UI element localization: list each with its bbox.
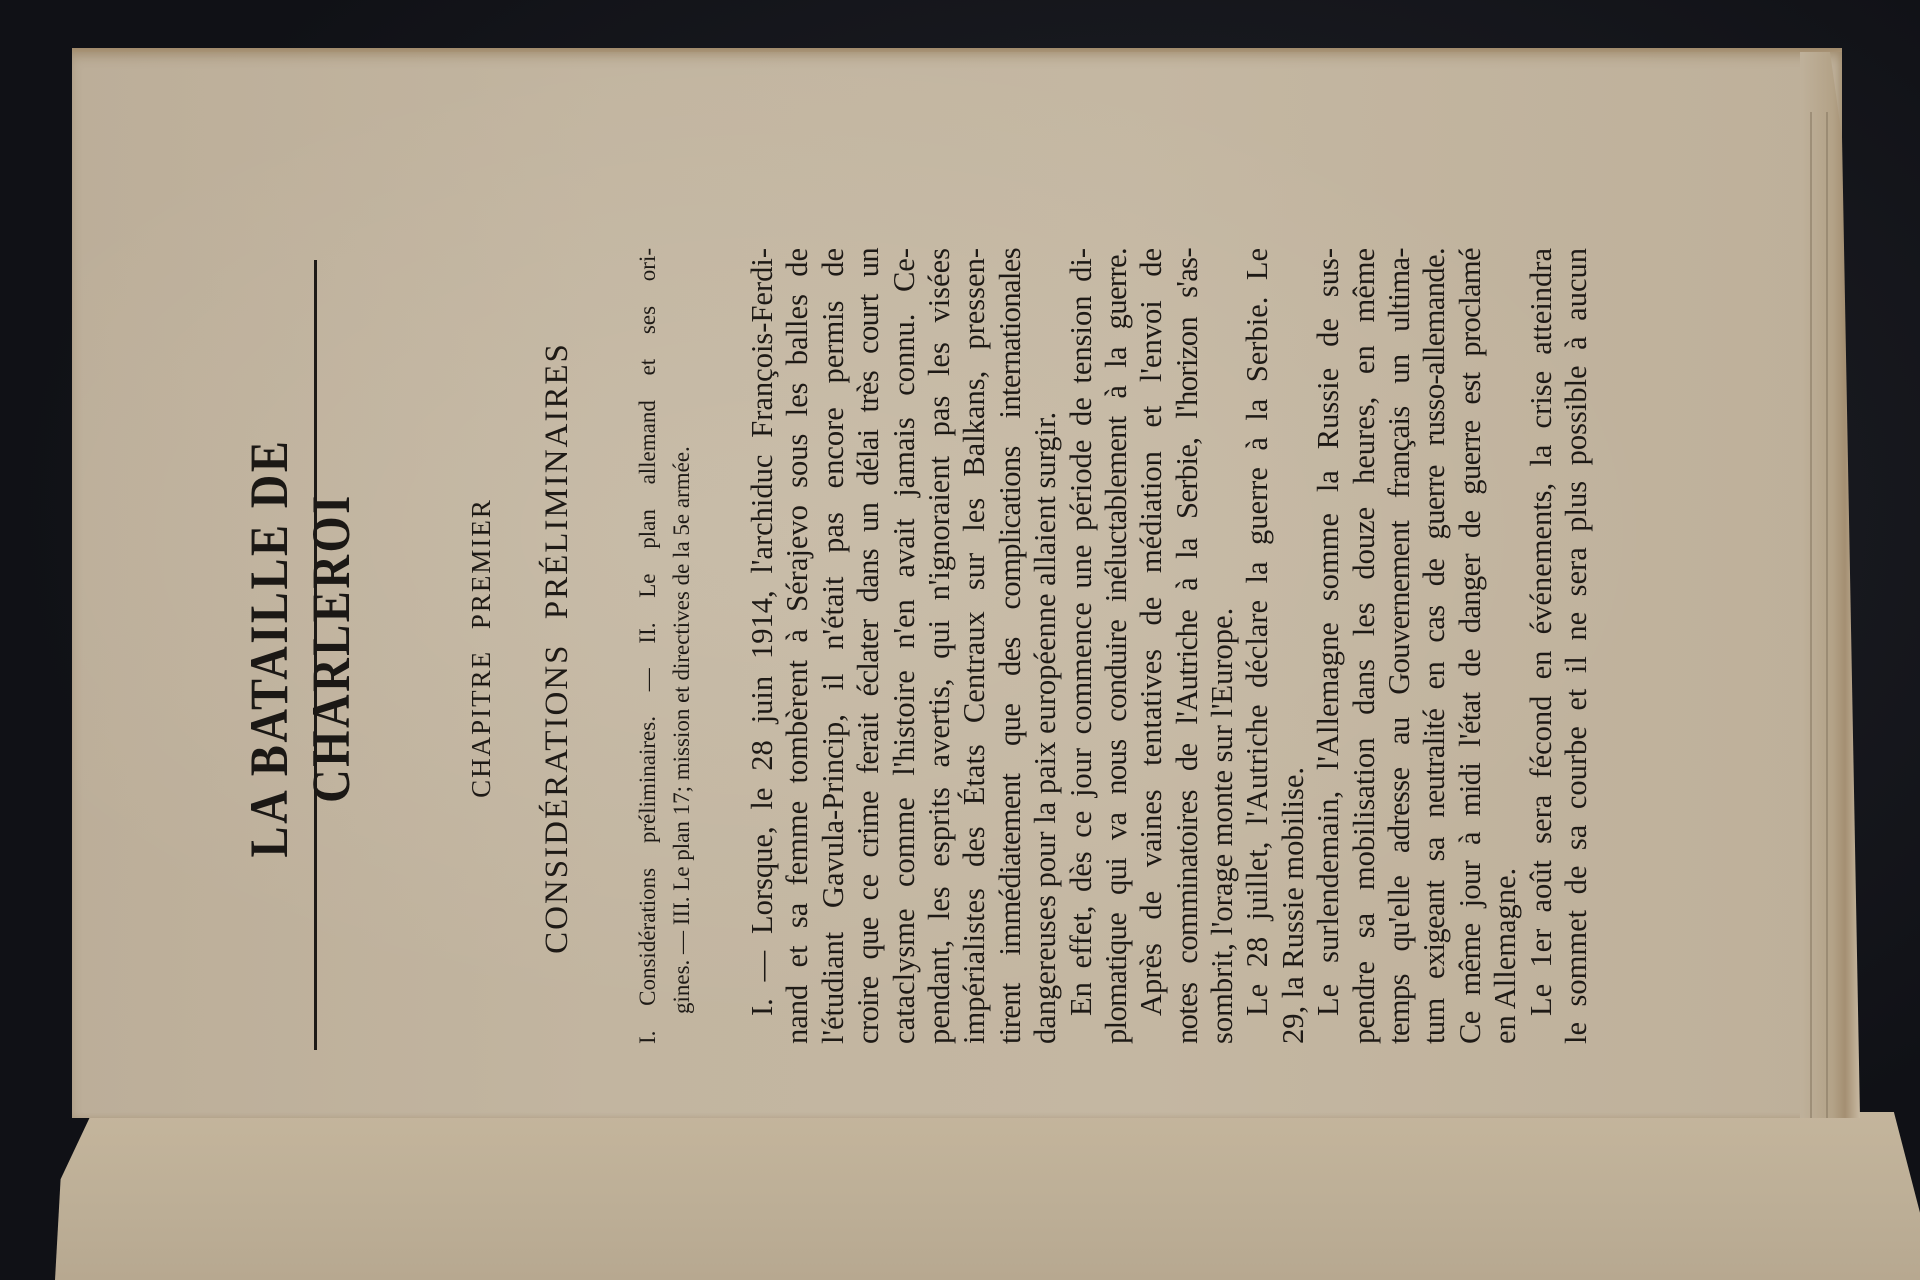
body-line: tirent immédiatement que des complicatio… xyxy=(993,248,1028,1044)
body-line: Ce même jour à midi l'état de danger de … xyxy=(1453,248,1488,1044)
body-line: pendant, les esprits avertis, qui n'igno… xyxy=(922,248,957,1044)
body-line: Le 28 juillet, l'Autriche déclare la gue… xyxy=(1240,248,1275,1044)
body-line: le sommet de sa courbe et il ne sera plu… xyxy=(1559,248,1594,1044)
body-line: nand et sa femme tombèrent à Sérajevo so… xyxy=(780,248,815,1044)
chapter-summary: I. Considérations préliminaires. — II. L… xyxy=(631,248,699,1048)
body-line: Après de vaines tentatives de médiation … xyxy=(1134,248,1169,1044)
body-line: Le 1er août sera fécond en événements, l… xyxy=(1524,248,1559,1044)
body-line: impérialistes des États Centraux sur les… xyxy=(957,248,992,1044)
page-edge-line xyxy=(1826,112,1828,1162)
body-line: temps qu'elle adresse au Gouvernement fr… xyxy=(1382,248,1417,1044)
book-title: LA BATAILLE DE CHARLEROI xyxy=(230,304,300,992)
body-line: En effet, dès ce jour commence une pério… xyxy=(1064,248,1099,1044)
body-line: sombrit, l'orage monte sur l'Europe. xyxy=(1205,248,1240,1044)
lower-book-leaf xyxy=(55,1112,1920,1280)
body-line: l'étudiant Gavula-Princip, il n'était pa… xyxy=(816,248,851,1044)
body-line: cataclysme comme l'histoire n'en avait j… xyxy=(887,248,922,1044)
body-line: en Allemagne. xyxy=(1488,248,1523,1044)
summary-line: gines. — III. Le plan 17; mission et dir… xyxy=(665,248,699,1044)
body-line: croire que ce crime ferait éclater dans … xyxy=(851,248,886,1044)
body-line: tum exigeant sa neutralité en cas de gue… xyxy=(1417,248,1452,1044)
body-line: notes comminatoires de l'Autriche à la S… xyxy=(1170,248,1205,1044)
body-line: plomatique qui va nous conduire inélucta… xyxy=(1099,248,1134,1044)
summary-line: I. Considérations préliminaires. — II. L… xyxy=(631,248,665,1044)
body-line: dangereuses pour la paix européenne alla… xyxy=(1028,248,1063,1044)
body-line: 29, la Russie mobilise. xyxy=(1276,248,1311,1044)
body-line: pendre sa mobilisation dans les douze he… xyxy=(1347,248,1382,1044)
chapter-label: CHAPITRE PREMIER xyxy=(463,248,499,1048)
page-edge-line xyxy=(1810,112,1812,1162)
body-line: Le surlendemain, l'Allemagne somme la Ru… xyxy=(1311,248,1346,1044)
chapter-title: CONSIDÉRATIONS PRÉLIMINAIRES xyxy=(537,248,577,1048)
rotated-text-block: LA BATAILLE DE CHARLEROI CHAPITRE PREMIE… xyxy=(230,248,1630,1048)
body-text: I. — Lorsque, le 28 juin 1914, l'archidu… xyxy=(745,248,1594,1048)
body-line: I. — Lorsque, le 28 juin 1914, l'archidu… xyxy=(745,248,780,1044)
